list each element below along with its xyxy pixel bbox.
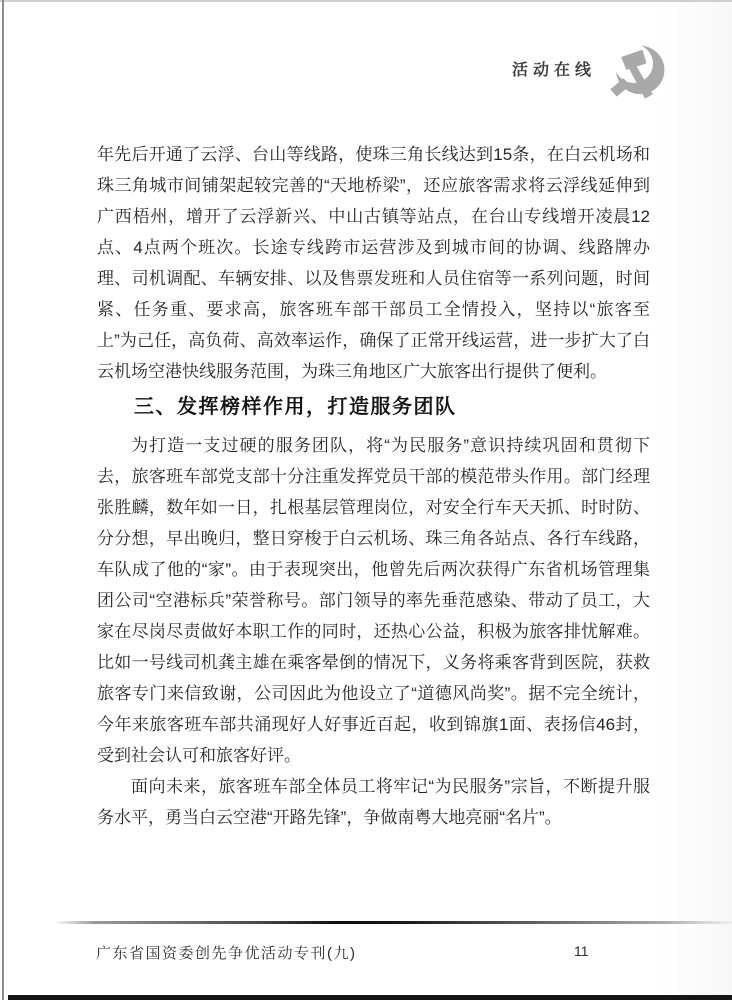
publication-title: 广东省国资委创先争优活动专刊(九) [96, 942, 357, 963]
section-label: 活动在线 [512, 57, 596, 80]
scan-edge-left [2, 0, 4, 1000]
scan-edge-top [0, 0, 732, 2]
continuation-paragraph: 年先后开通了云浮、台山等线路，使珠三角长线达到15条，在白云机场和珠三角城市间铺… [97, 139, 650, 387]
page-number: 11 [574, 943, 589, 959]
article-body: 年先后开通了云浮、台山等线路，使珠三角长线达到15条，在白云机场和珠三角城市间铺… [97, 139, 650, 833]
party-emblem-icon [604, 40, 668, 102]
footer-divider-rule [54, 921, 732, 924]
scanned-document-page: 活动在线 年先后开通了云浮、台山等线路，使珠三角长线达到15条，在白云机场和珠三… [0, 0, 732, 1000]
body-paragraph-2: 为打造一支过硬的服务团队，将“为民服务”意识持续巩固和贯彻下去，旅客班车部党支部… [97, 430, 650, 771]
body-paragraph-3: 面向未来，旅客班车部全体员工将牢记“为民服务”宗旨，不断提升服务水平，勇当白云空… [97, 771, 650, 833]
masthead: 活动在线 [512, 40, 668, 102]
section-heading: 三、发挥榜样作用，打造服务团队 [97, 394, 650, 420]
scan-edge-bottom [8, 995, 732, 1000]
